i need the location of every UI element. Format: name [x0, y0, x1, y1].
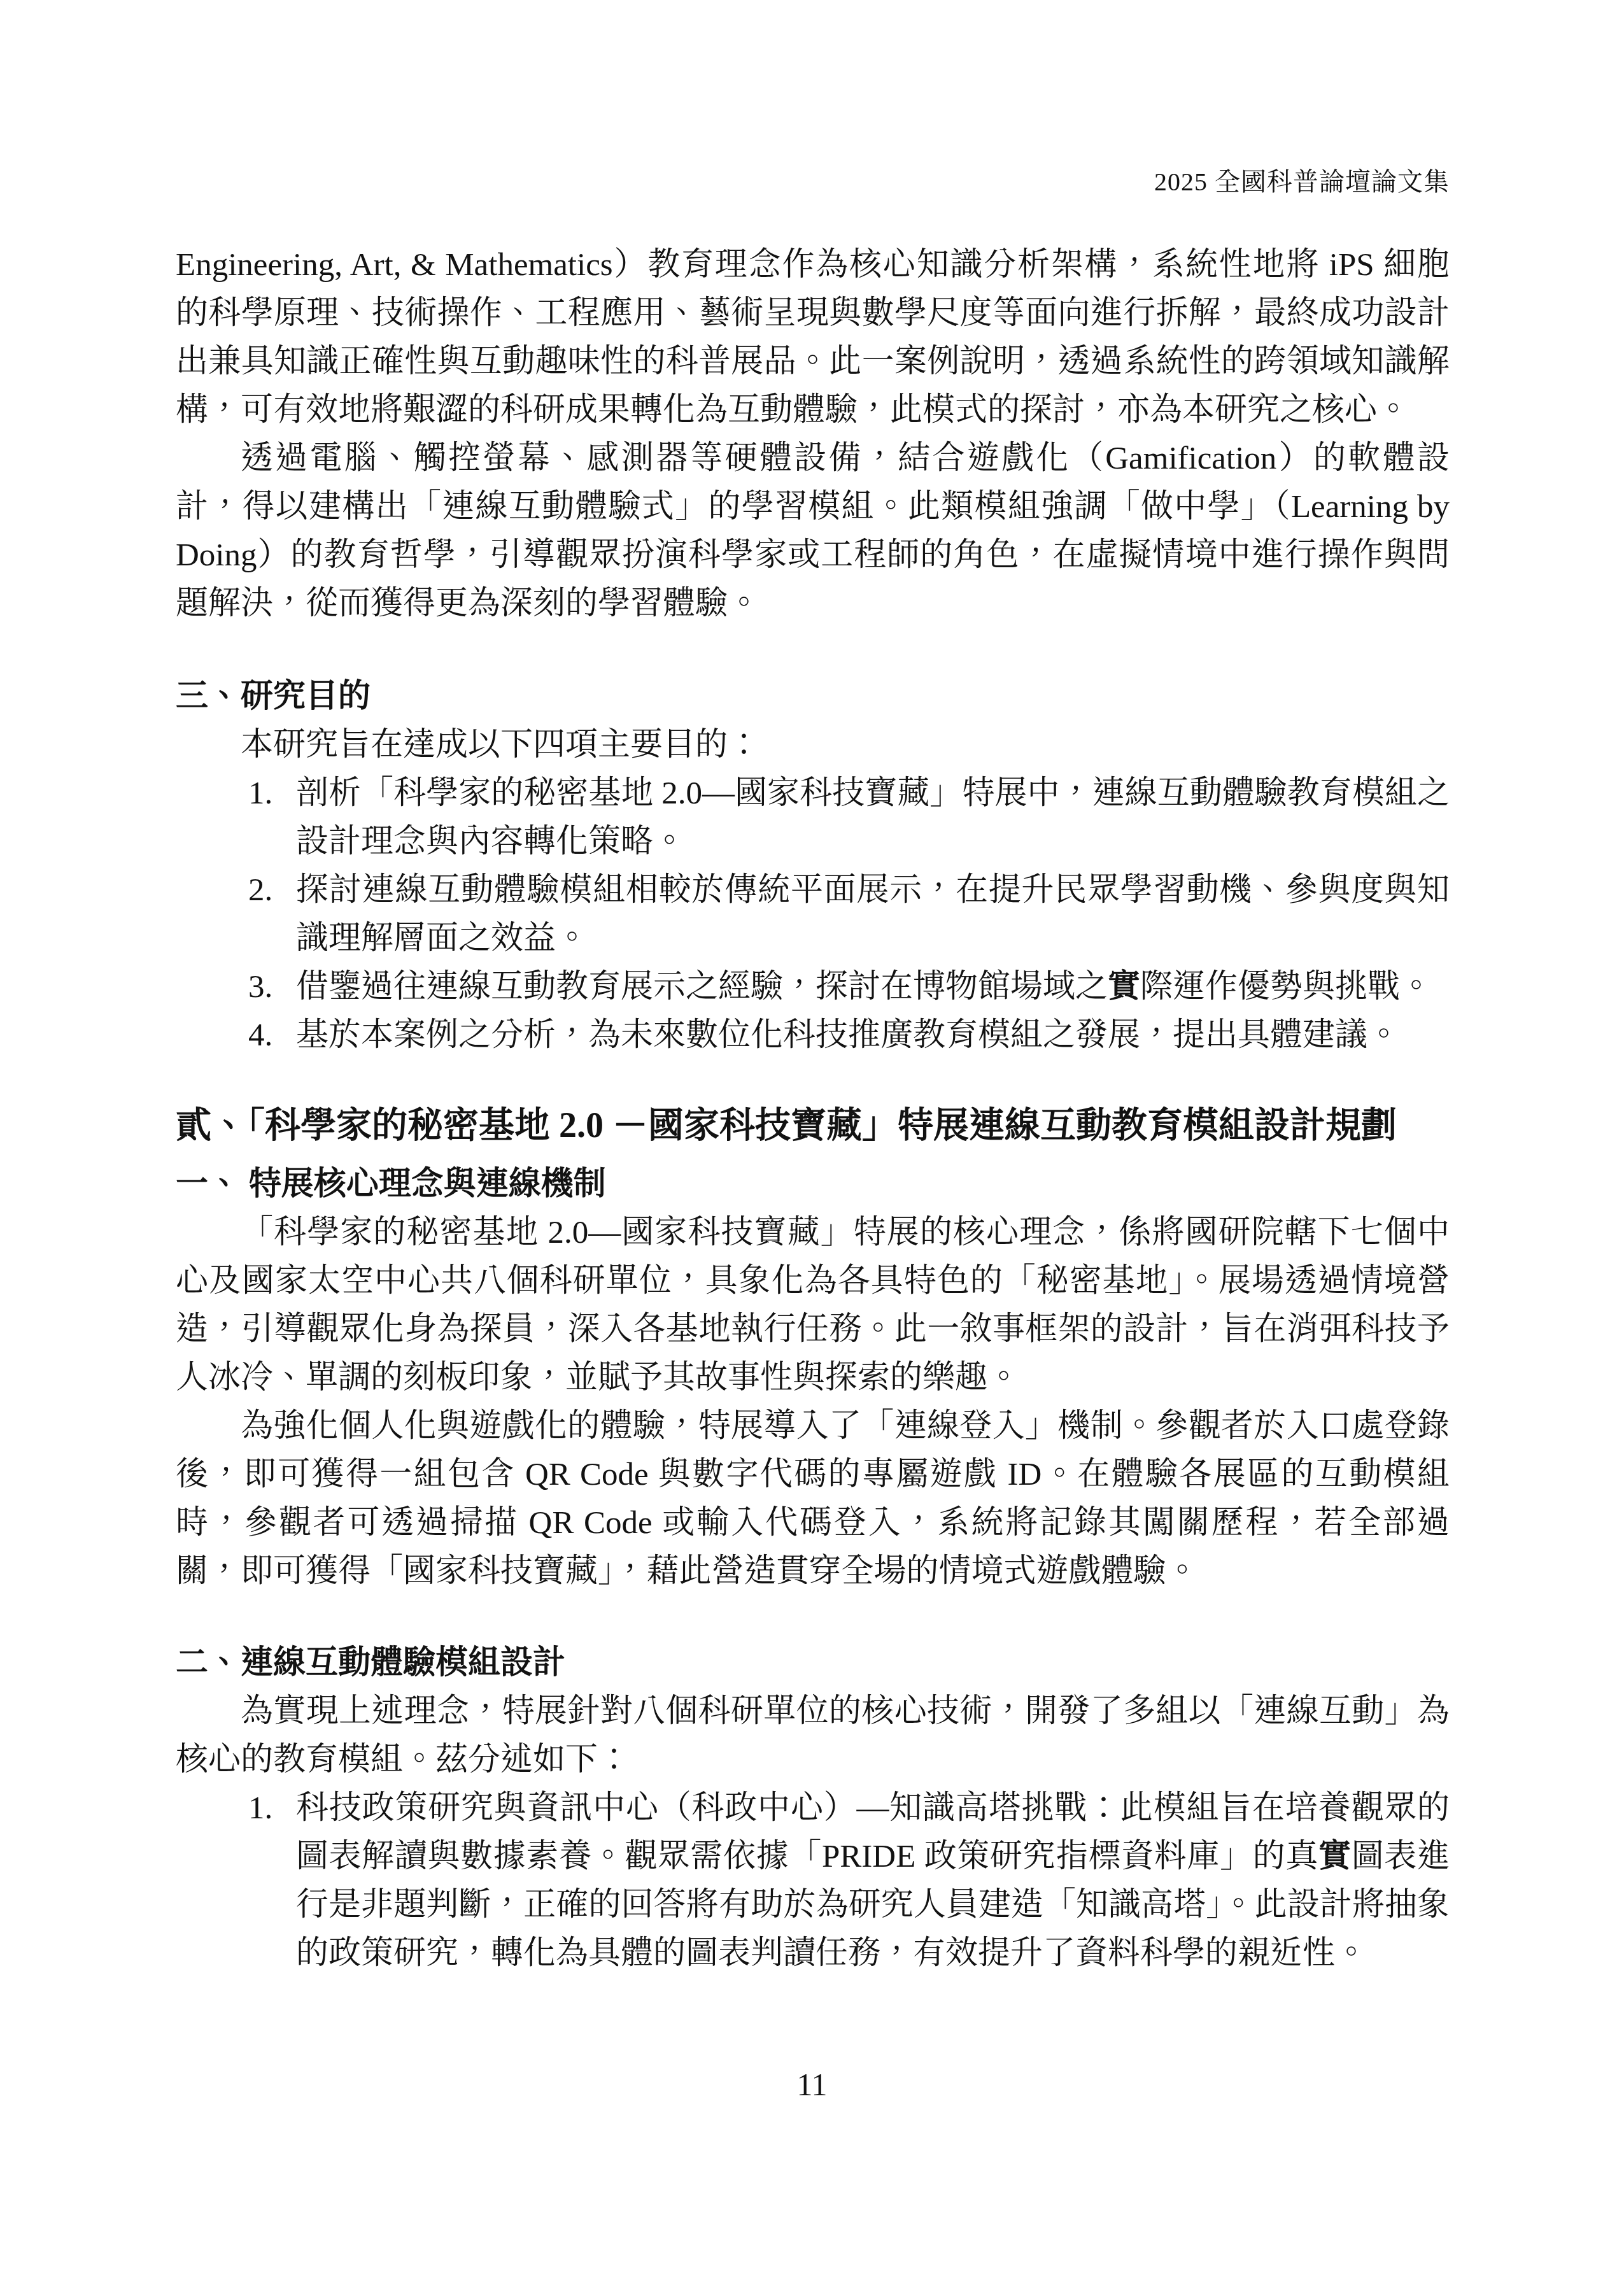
- list-item: 1. 剖析「科學家的秘密基地 2.0—國家科技寶藏」特展中，連線互動體驗教育模組…: [176, 769, 1450, 866]
- paragraph-purpose-intro: 本研究旨在達成以下四項主要目的：: [176, 721, 1450, 769]
- list-item-text: 基於本案例之分析，為未來數位化科技推廣教育模組之發展，提出具體建議。: [296, 1017, 1400, 1053]
- paragraph-gamification: 透過電腦、觸控螢幕、感測器等硬體設備，結合遊戲化（Gamification）的軟…: [176, 434, 1450, 628]
- list-item: 2. 探討連線互動體驗模組相較於傳統平面展示，在提升民眾學習動機、參與度與知識理…: [176, 866, 1450, 963]
- list-item-text: 借鑒過往連線互動教育展示之經驗，探討在博物館場域之實際運作優勢與挑戰。: [296, 969, 1432, 1005]
- list-item-text: 科技政策研究與資訊中心（科政中心）—知識高塔挑戰：此模組旨在培養觀眾的圖表解讀與…: [296, 1790, 1450, 1971]
- document-page: 2025 全國科普論壇論文集 Engineering, Art, & Mathe…: [0, 0, 1624, 2278]
- paragraph-module-intro: 為實現上述理念，特展針對八個科研單位的核心技術，開發了多組以「連線互動」為核心的…: [176, 1687, 1450, 1784]
- paragraph-core-concept: 「科學家的秘密基地 2.0—國家科技寶藏」特展的核心理念，係將國研院轄下七個中心…: [176, 1208, 1450, 1402]
- page-content: Engineering, Art, & Mathematics）教育理念作為核心…: [176, 241, 1450, 1977]
- section-heading-core-concept: 一、 特展核心理念與連線機制: [176, 1160, 1450, 1208]
- section-heading-research-purpose: 三、研究目的: [176, 672, 1450, 721]
- list-item-text: 剖析「科學家的秘密基地 2.0—國家科技寶藏」特展中，連線互動體驗教育模組之設計…: [296, 775, 1450, 860]
- list-item-number: 4.: [248, 1011, 272, 1059]
- paragraph-login-mechanism: 為強化個人化與遊戲化的體驗，特展導入了「連線登入」機制。參觀者於入口處登錄後，即…: [176, 1402, 1450, 1595]
- paragraph-steam-continued: Engineering, Art, & Mathematics）教育理念作為核心…: [176, 241, 1450, 434]
- part-heading-exhibition-module-design: 貳、「科學家的秘密基地 2.0 －國家科技寶藏」特展連線互動教育模組設計規劃: [176, 1096, 1450, 1155]
- list-item-text: 探討連線互動體驗模組相較於傳統平面展示，在提升民眾學習動機、參與度與知識理解層面…: [296, 872, 1450, 956]
- research-purpose-list: 1. 剖析「科學家的秘密基地 2.0—國家科技寶藏」特展中，連線互動體驗教育模組…: [176, 769, 1450, 1059]
- list-item-number: 1.: [248, 1784, 272, 1832]
- section-heading-module-design: 二、連線互動體驗模組設計: [176, 1639, 1450, 1687]
- list-item: 4. 基於本案例之分析，為未來數位化科技推廣教育模組之發展，提出具體建議。: [176, 1011, 1450, 1059]
- module-list: 1. 科技政策研究與資訊中心（科政中心）—知識高塔挑戰：此模組旨在培養觀眾的圖表…: [176, 1784, 1450, 1977]
- page-number: 11: [0, 2060, 1624, 2109]
- list-item: 3. 借鑒過往連線互動教育展示之經驗，探討在博物館場域之實際運作優勢與挑戰。: [176, 963, 1450, 1011]
- list-item-number: 1.: [248, 769, 272, 817]
- list-item-number: 3.: [248, 963, 272, 1011]
- list-item-number: 2.: [248, 866, 272, 914]
- list-item: 1. 科技政策研究與資訊中心（科政中心）—知識高塔挑戰：此模組旨在培養觀眾的圖表…: [176, 1784, 1450, 1977]
- running-header: 2025 全國科普論壇論文集: [176, 166, 1450, 199]
